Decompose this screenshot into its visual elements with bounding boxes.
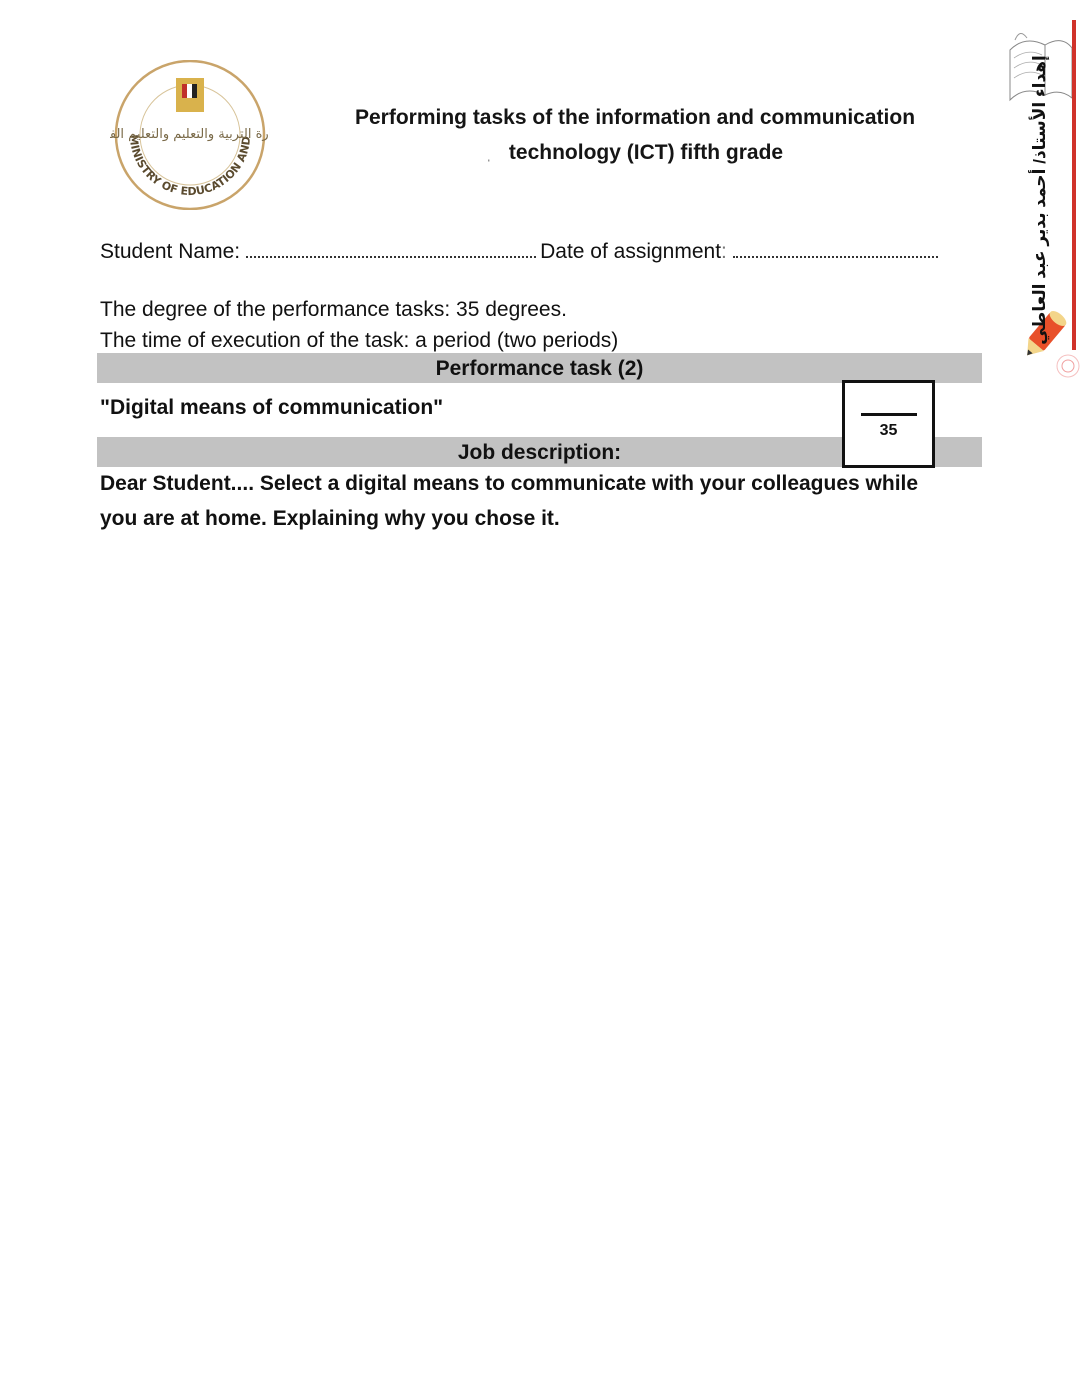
student-name-field[interactable] <box>246 256 536 258</box>
logo-arabic-text: وزارة التربية والتعليم والتعليم الفني <box>110 127 270 142</box>
student-info-row: Student Name: Date of assignment: <box>100 240 975 264</box>
time-text: The time of execution of the task: a per… <box>100 325 618 356</box>
teacher-credit: إهداء الأستاذ/ أحمد بدير عبد العاطي <box>1030 55 1050 345</box>
document-title: Performing tasks of the information and … <box>330 100 940 173</box>
task-info: The degree of the performance tasks: 35 … <box>100 294 618 356</box>
date-colon: : <box>721 240 727 264</box>
date-field[interactable] <box>733 256 938 258</box>
ministry-logo: MINISTRY OF EDUCATION AND TECHNICAL EDUC… <box>110 60 270 210</box>
task-subtitle: "Digital means of communication" <box>100 396 443 420</box>
stray-mark: ˌ <box>487 148 491 162</box>
title-line-2: technology (ICT) fifth grade <box>509 141 783 164</box>
score-box[interactable]: 35 <box>842 380 935 468</box>
performance-task-heading: Performance task (2) <box>97 353 982 383</box>
score-blank-line <box>861 413 917 416</box>
job-description-text: Dear Student.... Select a digital means … <box>100 466 960 536</box>
red-line <box>1072 20 1076 350</box>
score-total: 35 <box>845 422 932 440</box>
degree-text: The degree of the performance tasks: 35 … <box>100 294 618 325</box>
date-label: Date of assignment <box>540 240 721 264</box>
student-name-label: Student Name: <box>100 240 240 264</box>
title-line-1: Performing tasks of the information and … <box>330 100 940 135</box>
